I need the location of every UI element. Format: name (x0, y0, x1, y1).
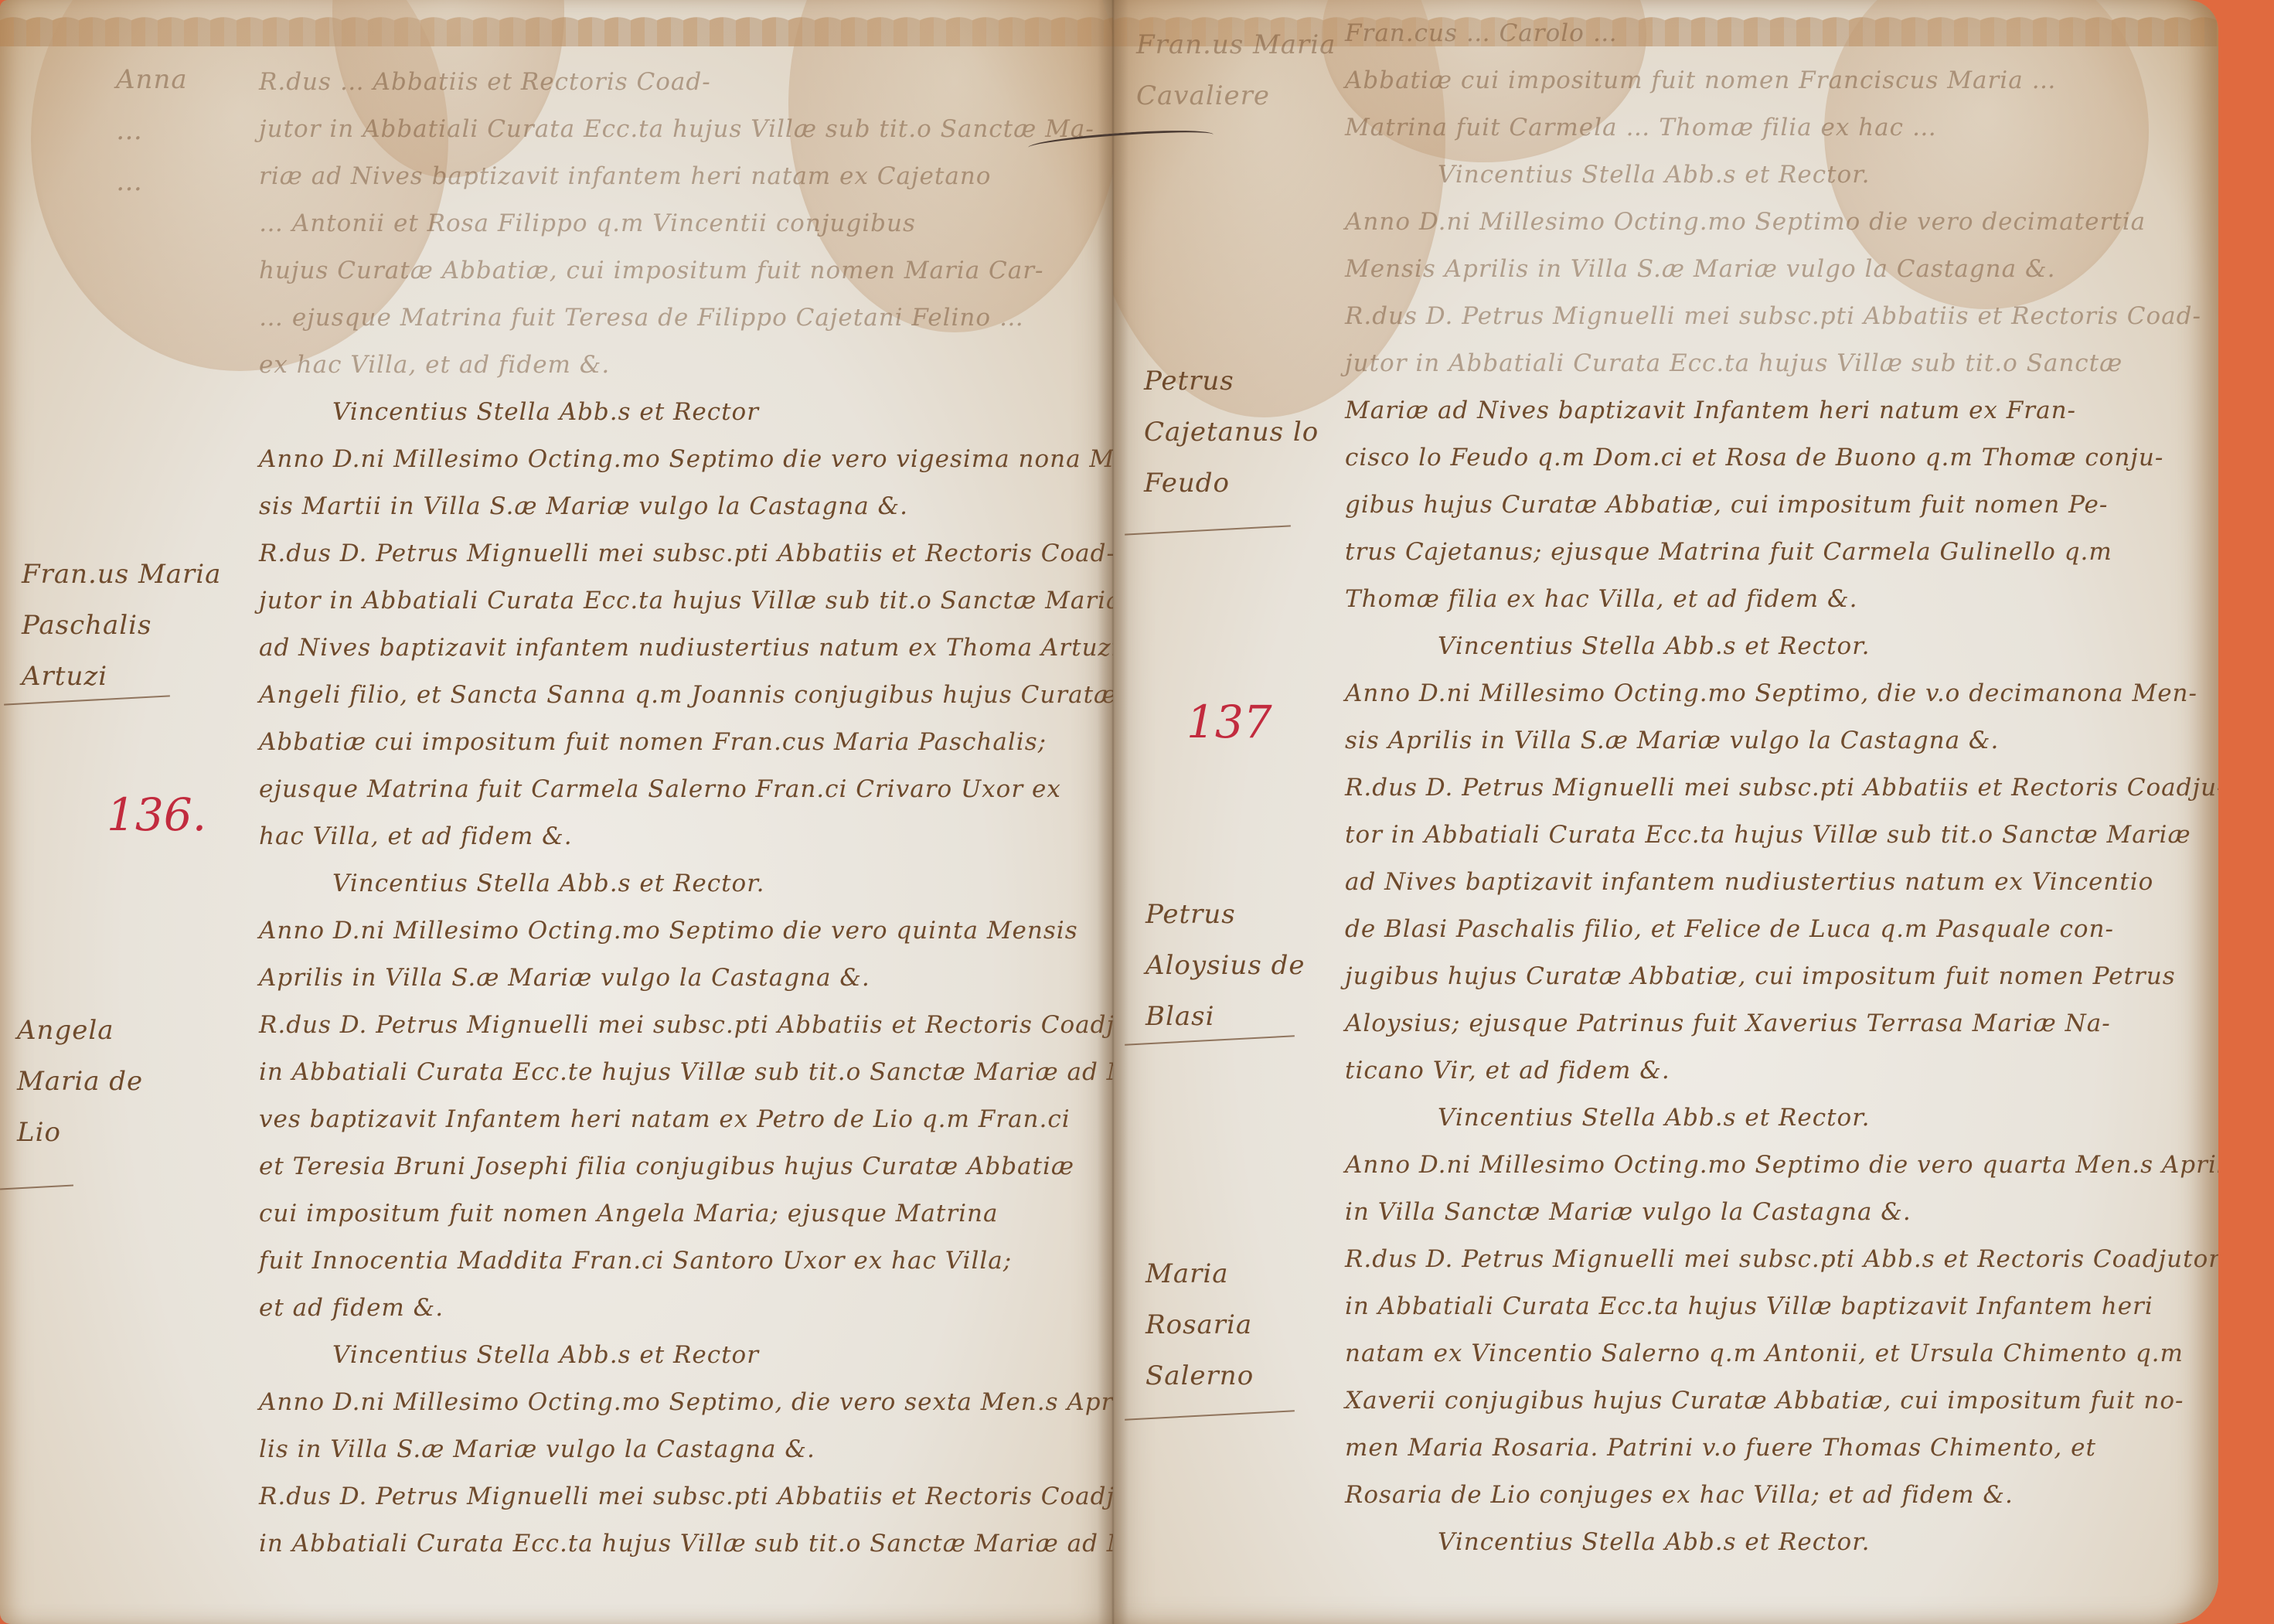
register-line: ex hac Villa, et ad fidem &. (259, 351, 610, 379)
register-line: men Maria Rosaria. Patrini v.o fuere Tho… (1345, 1434, 2096, 1462)
margin-entry: Maria Rosaria Salerno (1146, 1248, 1254, 1401)
margin-entry: Angela Maria de Lio (17, 1005, 143, 1158)
register-line: R.dus D. Petrus Mignuelli mei subsc.pti … (259, 540, 1113, 567)
register-line: jutor in Abbatiali Curata Ecc.ta hujus V… (259, 587, 1113, 615)
register-line: natam ex Vincentio Salerno q.m Antonii, … (1345, 1340, 2184, 1367)
register-line: jutor in Abbatiali Curata Ecc.ta hujus V… (1345, 349, 2123, 377)
register-line: R.dus D. Petrus Mignuelli mei subsc.pti … (259, 1483, 1113, 1510)
register-line: Abbatiæ cui impositum fuit nomen Francis… (1345, 66, 2057, 94)
register-line: in Villa Sanctæ Mariæ vulgo la Castagna … (1345, 1198, 1911, 1226)
register-line: R.dus … Abbatiis et Rectoris Coad- (259, 68, 711, 96)
register-line: jutor in Abbatiali Curata Ecc.ta hujus V… (259, 115, 1094, 143)
register-line: et ad fidem &. (259, 1294, 444, 1322)
register-line: Anno D.ni Millesimo Octing.mo Septimo di… (259, 445, 1113, 473)
register-line: hujus Curatæ Abbatiæ, cui impositum fuit… (259, 257, 1044, 284)
signature-line: Vincentius Stella Abb.s et Rector. (1438, 632, 1871, 660)
margin-entry: Fran.us Maria Cavaliere (1136, 19, 1336, 121)
left-page: Anna … … Fran.us Maria Paschalis Artuzi … (0, 0, 1113, 1624)
register-line: de Blasi Paschalis filio, et Felice de L… (1345, 915, 2114, 943)
register-line: Mariæ ad Nives baptizavit Infantem heri … (1345, 397, 2076, 424)
margin-divider (1125, 1410, 1295, 1421)
register-line: jugibus hujus Curatæ Abbatiæ, cui imposi… (1345, 962, 2176, 990)
register-line: et Teresia Bruni Josephi filia conjugibu… (259, 1152, 1074, 1180)
register-line: trus Cajetanus; ejusque Matrina fuit Car… (1345, 538, 2112, 566)
folio-number: 136. (107, 788, 206, 841)
signature-line: Vincentius Stella Abb.s et Rector. (332, 870, 765, 897)
register-line: ad Nives baptizavit infantem nudiusterti… (259, 634, 1113, 662)
book-spine (1098, 0, 1128, 1624)
register-line: in Abbatiali Curata Ecc.ta hujus Villæ b… (1345, 1292, 2153, 1320)
register-line: R.dus D. Petrus Mignuelli mei subsc.pti … (1345, 1245, 2218, 1273)
margin-entry: Fran.us Maria Paschalis Artuzi (22, 549, 221, 702)
signature-line: Vincentius Stella Abb.s et Rector. (1438, 1104, 1871, 1132)
signature-line: Vincentius Stella Abb.s et Rector (332, 398, 759, 426)
register-line: in Abbatiali Curata Ecc.ta hujus Villæ s… (259, 1530, 1113, 1558)
register-line: cui impositum fuit nomen Angela Maria; e… (259, 1200, 999, 1227)
register-line: cisco lo Feudo q.m Dom.ci et Rosa de Buo… (1345, 444, 2163, 472)
register-line: fuit Innocentia Maddita Fran.ci Santoro … (259, 1247, 1012, 1275)
register-line: Aloysius; ejusque Patrinus fuit Xaverius… (1345, 1009, 2111, 1037)
register-line: Thomæ filia ex hac Villa, et ad fidem &. (1345, 585, 1857, 613)
register-line: Anno D.ni Millesimo Octing.mo Septimo di… (1345, 1151, 2218, 1179)
register-line: Aprilis in Villa S.æ Mariæ vulgo la Cast… (259, 964, 870, 992)
register-line: … Antonii et Rosa Filippo q.m Vincentii … (259, 209, 916, 237)
register-line: Fran.cus … Carolo … (1345, 19, 1618, 47)
register-line: R.dus D. Petrus Mignuelli mei subsc.pti … (259, 1011, 1113, 1039)
register-line: tor in Abbatiali Curata Ecc.ta hujus Vil… (1345, 821, 2191, 849)
register-line: … ejusque Matrina fuit Teresa de Filippo… (259, 304, 1024, 332)
margin-entry: Petrus Cajetanus lo Feudo (1144, 356, 1319, 509)
register-line: in Abbatiali Curata Ecc.te hujus Villæ s… (259, 1058, 1113, 1086)
register-line: ad Nives baptizavit infantem nudiusterti… (1345, 868, 2153, 896)
register-line: Anno D.ni Millesimo Octing.mo Septimo di… (1345, 208, 2146, 236)
margin-entry: Petrus Aloysius de Blasi (1146, 889, 1305, 1042)
register-line: Abbatiæ cui impositum fuit nomen Fran.cu… (259, 728, 1047, 756)
register-line: hac Villa, et ad fidem &. (259, 822, 573, 850)
register-line: Mensis Aprilis in Villa S.æ Mariæ vulgo … (1345, 255, 2055, 283)
register-line: gibus hujus Curatæ Abbatiæ, cui impositu… (1345, 491, 2108, 519)
register-line: Rosaria de Lio conjuges ex hac Villa; et… (1345, 1481, 2014, 1509)
register-line: R.dus D. Petrus Mignuelli mei subsc.pti … (1345, 774, 2218, 802)
register-line: lis in Villa S.æ Mariæ vulgo la Castagna… (259, 1435, 815, 1463)
register-line: Anno D.ni Millesimo Octing.mo Septimo, d… (1345, 679, 2197, 707)
register-line: riæ ad Nives baptizavit infantem heri na… (259, 162, 991, 190)
register-line: Angeli filio, et Sancta Sanna q.m Joanni… (259, 681, 1113, 709)
right-page: Fran.us Maria Cavaliere Petrus Cajetanus… (1113, 0, 2218, 1624)
register-line: Anno D.ni Millesimo Octing.mo Septimo, d… (259, 1388, 1113, 1416)
signature-line: Vincentius Stella Abb.s et Rector. (1438, 1528, 1871, 1556)
register-line: sis Martii in Villa S.æ Mariæ vulgo la C… (259, 492, 908, 520)
signature-line: Vincentius Stella Abb.s et Rector (332, 1341, 759, 1369)
register-line: R.dus D. Petrus Mignuelli mei subsc.pti … (1345, 302, 2201, 330)
signature-line: Vincentius Stella Abb.s et Rector. (1438, 161, 1871, 189)
register-line: ves baptizavit Infantem heri natam ex Pe… (259, 1105, 1071, 1133)
register-line: Anno D.ni Millesimo Octing.mo Septimo di… (259, 917, 1078, 945)
register-line: sis Aprilis in Villa S.æ Mariæ vulgo la … (1345, 727, 1999, 754)
margin-divider (1125, 525, 1291, 535)
folio-number: 137 (1186, 696, 1272, 748)
register-line: ejusque Matrina fuit Carmela Salerno Fra… (259, 775, 1061, 803)
margin-entry: Anna … … (116, 54, 188, 207)
register-line: ticano Vir, et ad fidem &. (1345, 1057, 1670, 1084)
margin-divider (0, 1185, 73, 1190)
register-line: Matrina fuit Carmela … Thomæ filia ex ha… (1345, 114, 1937, 141)
register-line: Xaverii conjugibus hujus Curatæ Abbatiæ,… (1345, 1387, 2184, 1415)
